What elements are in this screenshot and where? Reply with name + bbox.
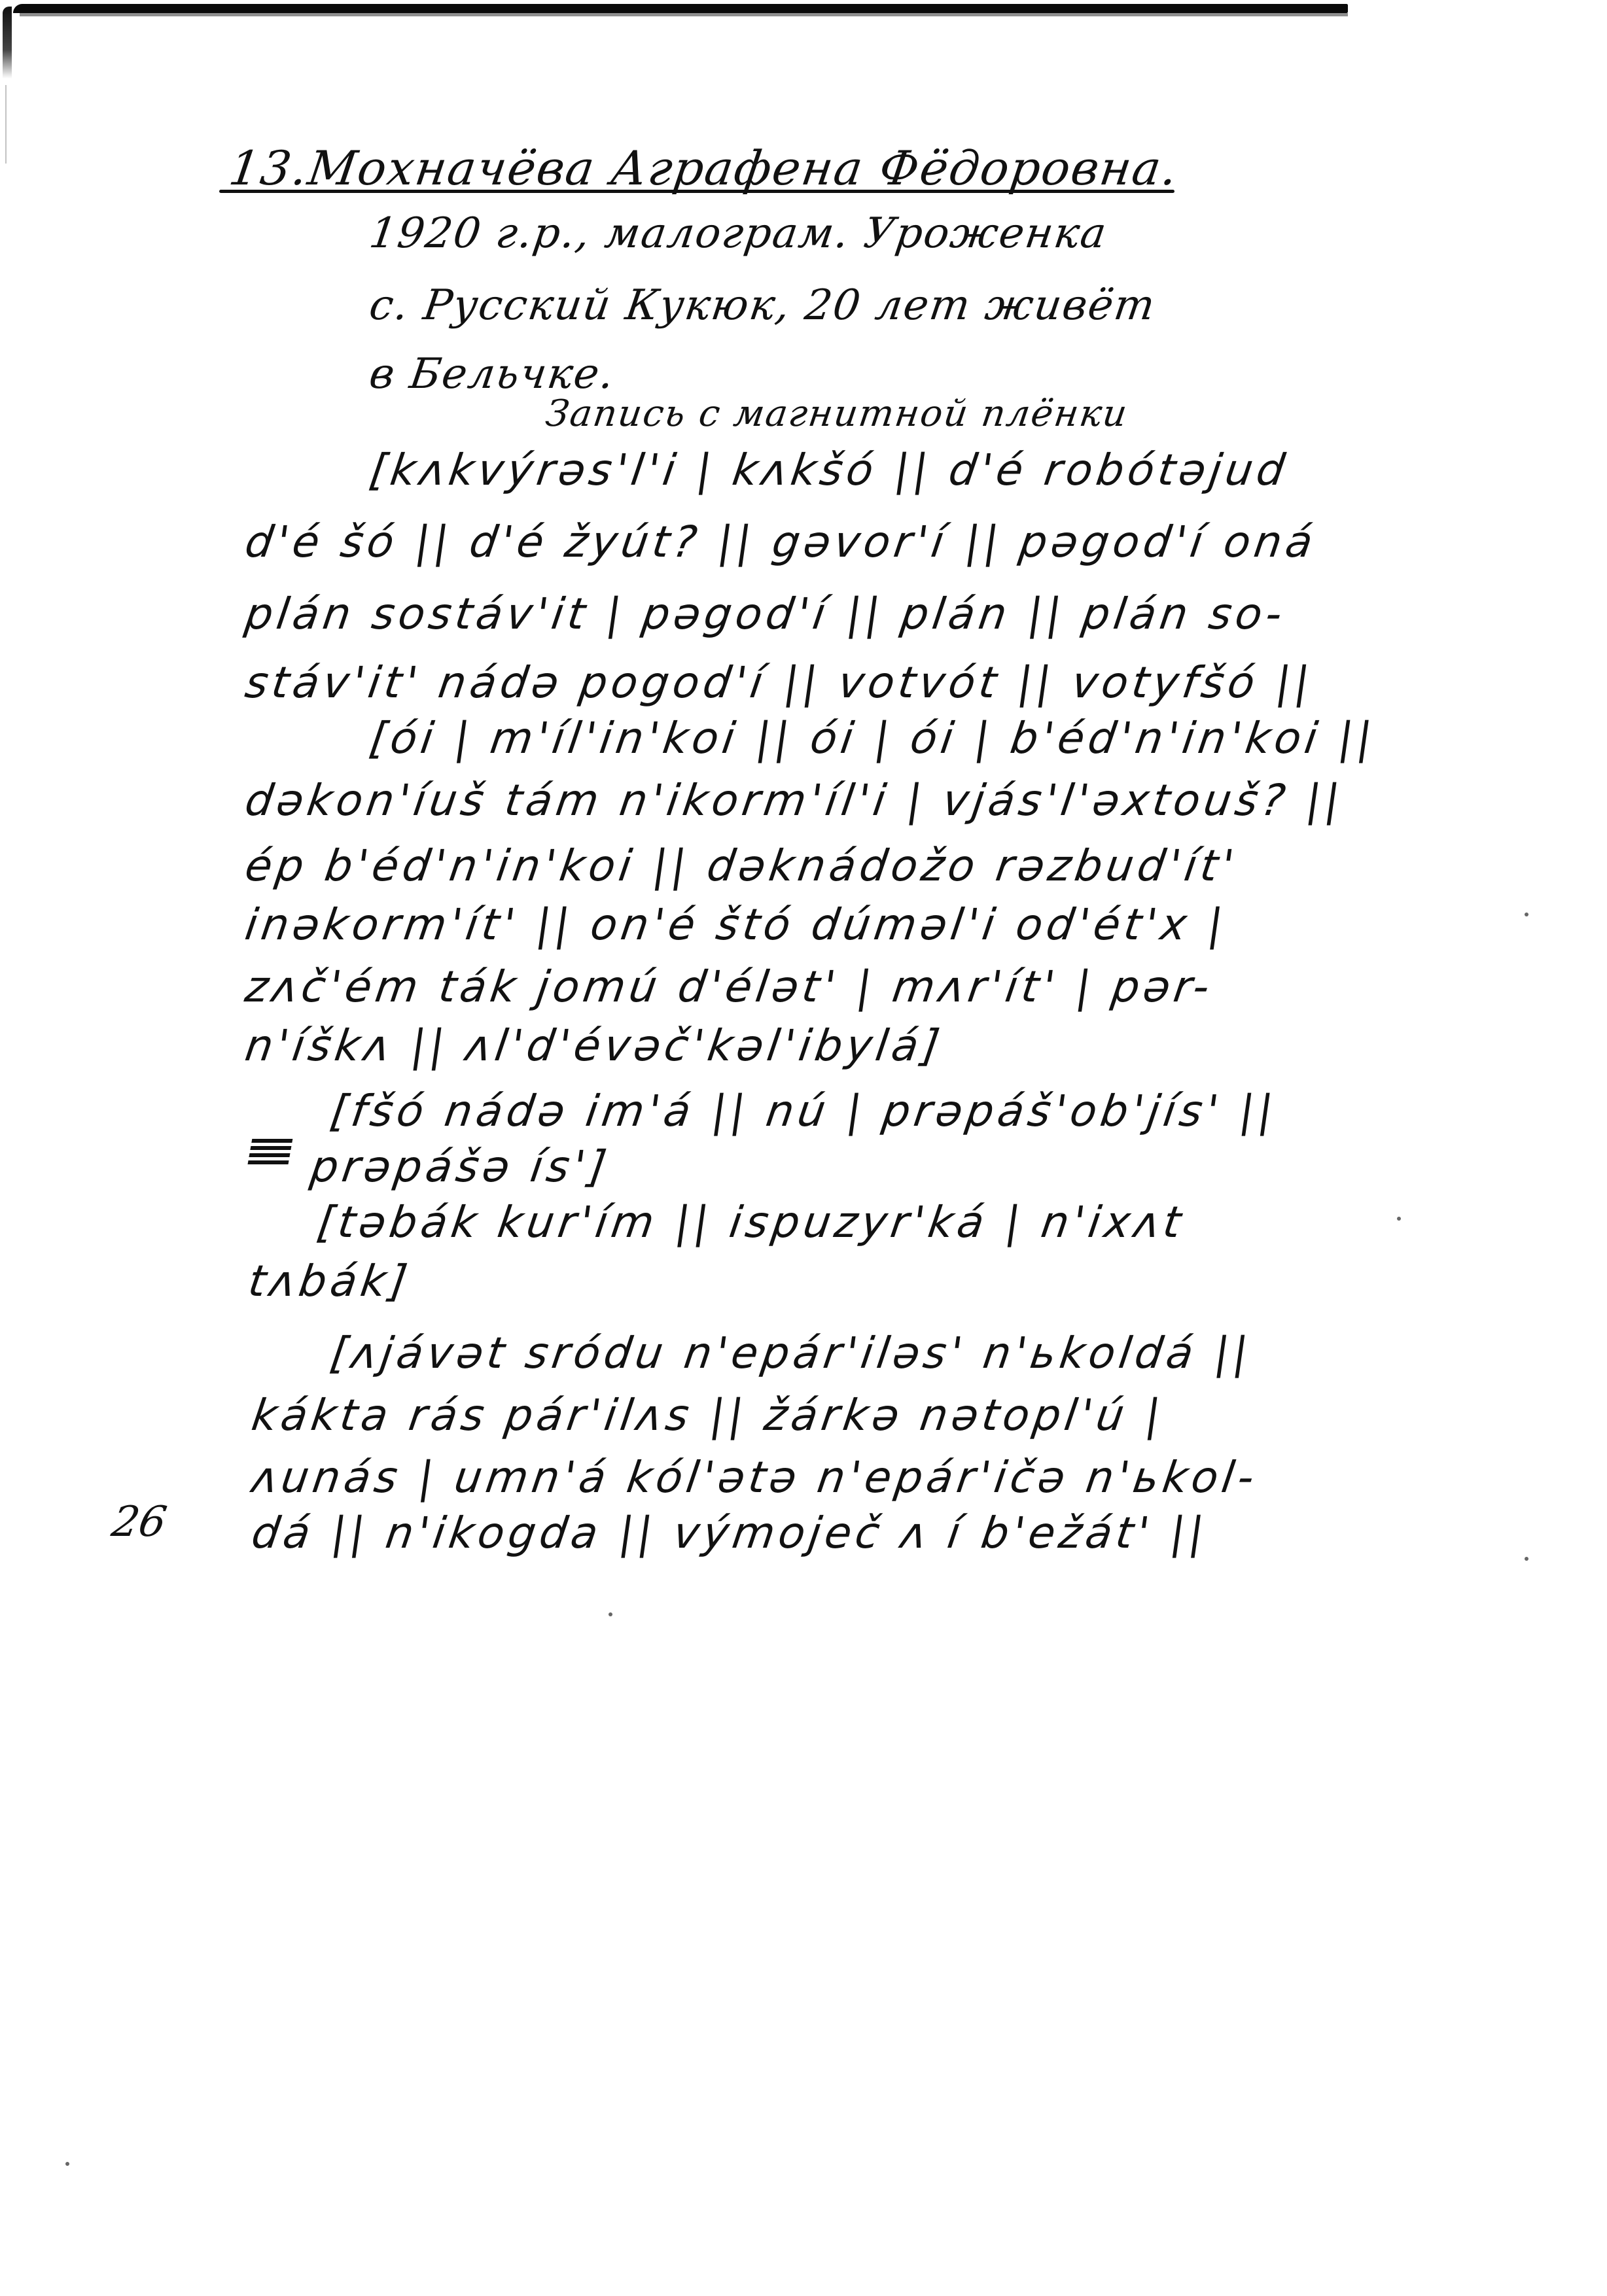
transcription-line: [ʌjávət sródu n'epár'iləs' n'ьkoldá || — [327, 1328, 1255, 1378]
meta-line-3: в Бельчке. — [366, 350, 618, 398]
speaker-name: Мохначёва Аграфена Фёдоровна. — [305, 141, 1182, 196]
scan-speck — [1525, 913, 1528, 916]
scan-speck — [609, 1612, 612, 1616]
scanned-page: 13.Мохначёва Аграфена Фёдоровна. 1920 г.… — [0, 0, 1607, 2296]
meta-line-1: 1920 г.р., малограм. Уроженка — [366, 209, 1110, 258]
document-title: 13.Мохначёва Аграфена Фёдоровна. — [226, 141, 1182, 196]
transcription-line: n'íškʌ || ʌl'd'évəč'kəl'ibylá] — [242, 1020, 947, 1071]
transcription-line: ʌunás | umn'á kól'ətə n'epár'ičə n'ьkol- — [249, 1452, 1261, 1503]
scan-edge-top — [13, 4, 1348, 13]
margin-page-number: 26 — [108, 1498, 169, 1546]
transcription-line: d'é šó || d'é žyút? || gəvor'í || pəgod'… — [242, 517, 1320, 567]
scan-speck — [1525, 1557, 1528, 1561]
transcription-line: inəkorm'ít' || on'é štó dúməl'i od'ét'x … — [242, 899, 1230, 950]
scan-speck — [65, 2162, 69, 2166]
scan-edge-shadow — [20, 13, 1348, 16]
entry-number: 13. — [226, 141, 312, 196]
title-underline — [219, 190, 1174, 193]
transcription-line: [ói | m'íl'in'koi || ói | ói | b'éd'n'in… — [366, 713, 1379, 763]
transcription-line: ép b'éd'n'in'koi || dəknádožo rəzbud'ít' — [242, 841, 1241, 891]
recording-subtitle: Запись с магнитной плёнки — [543, 392, 1131, 435]
transcription-line: [kʌkvýrəs'l'i | kʌkšó || d'é robótəjud — [366, 445, 1292, 495]
transcription-line: kákta rás pár'ilʌs || žárkə nətopl'ú | — [249, 1390, 1167, 1440]
scan-edge-left — [3, 7, 12, 78]
transcription-line: [təbák kur'ím || ispuzyr'ká | n'ixʌt — [314, 1197, 1188, 1247]
meta-line-2: с. Русский Кукюк, 20 лет живёт — [366, 281, 1159, 330]
transcription-line: dá || n'ikogda || výmoječ ʌ í b'ežát' || — [249, 1508, 1211, 1558]
transcription-line: dəkon'íuš tám n'ikorm'íl'i | vjás'l'əxto… — [242, 775, 1347, 826]
scan-edge-left-rule — [5, 85, 7, 164]
scan-speck — [1397, 1217, 1401, 1221]
transcription-line: zʌč'ém ták jomú d'élət' | mʌr'ít' | pər- — [242, 962, 1216, 1012]
transcription-line: [fšó nádə im'á || nú | prəpáš'ob'jís' || — [327, 1086, 1280, 1136]
transcription-line: tʌbák] — [245, 1256, 414, 1306]
transcription-line: stáv'it' nádə pogod'í || votvót || votyf… — [242, 657, 1316, 708]
transcription-line: prəpášə ís'] — [308, 1141, 613, 1192]
transcription-line: plán sostáv'it | pəgod'í || plán || plán… — [242, 589, 1289, 639]
crossed-out-mark — [247, 1138, 292, 1164]
